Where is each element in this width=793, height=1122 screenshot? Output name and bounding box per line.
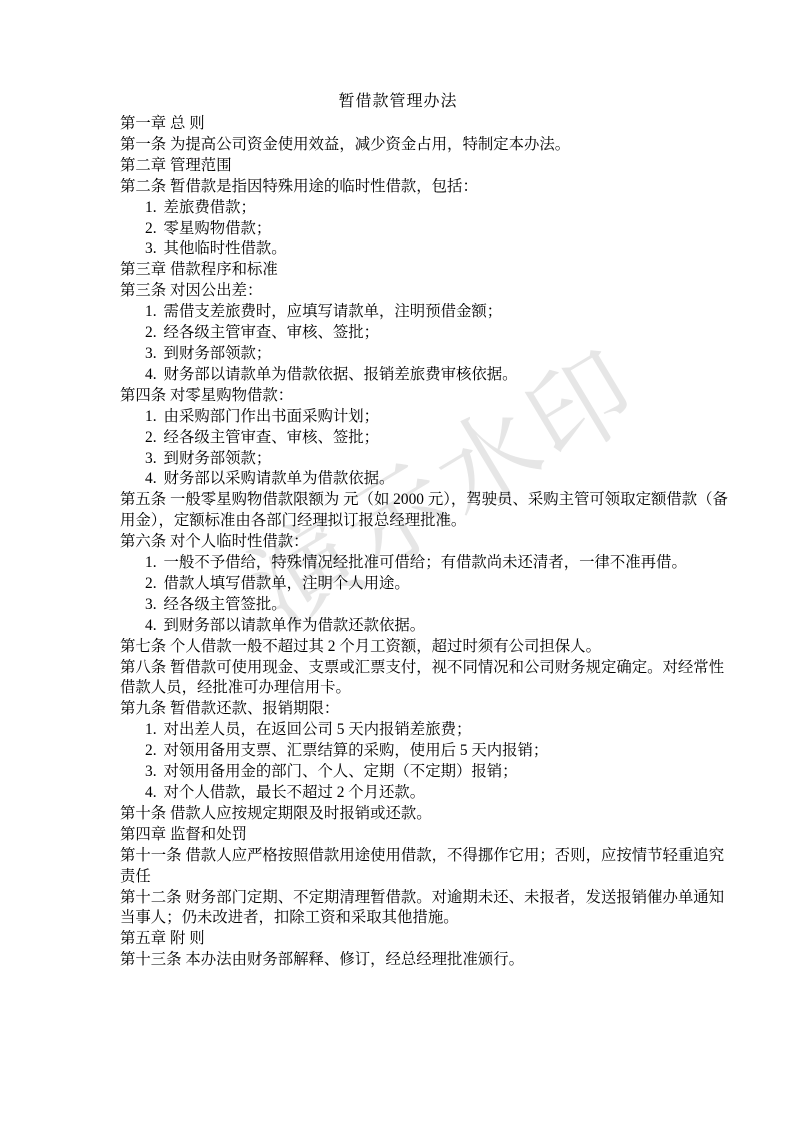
- list-item: 2.对领用备用支票、汇票结算的采购，使用后 5 天内报销；: [120, 741, 676, 762]
- chapter-heading: 第三章 借款程序和标准: [120, 260, 676, 281]
- document-line: 第九条 暂借款还款、报销期限：: [120, 699, 676, 720]
- list-item: 4.财务部以请款单为借款依据、报销差旅费审核依据。: [120, 365, 676, 386]
- document-line: 借款人员，经批准可办理信用卡。: [120, 678, 676, 699]
- document-line: 用金），定额标准由各部门经理拟订报总经理批准。: [120, 511, 676, 532]
- list-item-number: 4.: [145, 365, 157, 386]
- list-item-number: 1.: [145, 720, 157, 741]
- list-item-text: 由采购部门作出书面采购计划；: [164, 408, 379, 425]
- list-item-text: 差旅费借款；: [164, 199, 256, 216]
- list-item-text: 财务部以请款单为借款依据、报销差旅费审核依据。: [164, 366, 518, 383]
- list-item-number: 4.: [145, 616, 157, 637]
- list-item-number: 1.: [145, 302, 157, 323]
- list-item-number: 3.: [145, 595, 157, 616]
- document-line: 当事人；仍未改进者，扣除工资和采取其他措施。: [120, 908, 676, 929]
- chapter-heading: 第四章 监督和处罚: [120, 825, 676, 846]
- list-item: 2.零星购物借款；: [120, 219, 676, 240]
- document-line: 第二条 暂借款是指因特殊用途的临时性借款，包括：: [120, 177, 676, 198]
- list-item-number: 4.: [145, 783, 157, 804]
- list-item-number: 1.: [145, 198, 157, 219]
- document-line: 第十三条 本办法由财务部解释、修订，经总经理批准颁行。: [120, 950, 676, 971]
- list-item-text: 对领用备用支票、汇票结算的采购，使用后 5 天内报销；: [164, 742, 549, 759]
- list-item: 3.经各级主管签批。: [120, 595, 676, 616]
- document-line: 第十二条 财务部门定期、不定期清理暂借款。对逾期未还、未报者，发送报销催办单通知: [120, 888, 676, 909]
- list-item-text: 经各级主管签批。: [164, 596, 287, 613]
- list-item: 4.到财务部以请款单作为借款还款依据。: [120, 616, 676, 637]
- list-item-text: 到财务部领款；: [164, 345, 272, 362]
- list-item: 3.到财务部领款；: [120, 344, 676, 365]
- list-item-number: 2.: [145, 574, 157, 595]
- list-item: 4.对个人借款，最长不超过 2 个月还款。: [120, 783, 676, 804]
- list-item: 3.对领用备用金的部门、个人、定期（不定期）报销；: [120, 762, 676, 783]
- document-line: 第一条 为提高公司资金使用效益，减少资金占用，特制定本办法。: [120, 135, 676, 156]
- document-line: 第三条 对因公出差：: [120, 281, 676, 302]
- list-item-text: 借款人填写借款单，注明个人用途。: [164, 575, 410, 592]
- list-item-number: 1.: [145, 407, 157, 428]
- list-item: 3.到财务部领款；: [120, 449, 676, 470]
- list-item: 3.其他临时性借款。: [120, 239, 676, 260]
- list-item: 1.差旅费借款；: [120, 198, 676, 219]
- list-item-number: 3.: [145, 762, 157, 783]
- list-item-text: 一般不予借给，特殊情况经批准可借给；有借款尚未还清者，一律不准再借。: [164, 554, 687, 571]
- document-line: 责任: [120, 867, 676, 888]
- document-line: 第十条 借款人应按规定期限及时报销或还款。: [120, 804, 676, 825]
- list-item-text: 其他临时性借款。: [164, 240, 287, 257]
- document-line: 第八条 暂借款可使用现金、支票或汇票支付，视不同情况和公司财务规定确定。对经常性: [120, 658, 676, 679]
- list-item: 1.由采购部门作出书面采购计划；: [120, 407, 676, 428]
- list-item: 4.财务部以采购请款单为借款依据。: [120, 469, 676, 490]
- list-item-number: 2.: [145, 219, 157, 240]
- list-item-text: 到财务部以请款单作为借款还款依据。: [164, 617, 426, 634]
- list-item-number: 3.: [145, 239, 157, 260]
- document-line: 第七条 个人借款一般不超过其 2 个月工资额，超过时须有公司担保人。: [120, 637, 676, 658]
- chapter-heading: 第二章 管理范围: [120, 156, 676, 177]
- chapter-heading: 第一章 总 则: [120, 114, 676, 135]
- document-line: 第十一条 借款人应严格按照借款用途使用借款，不得挪作它用；否则，应按情节轻重追究: [120, 846, 676, 867]
- list-item-text: 零星购物借款；: [164, 220, 272, 237]
- document-line: 第五条 一般零星购物借款限额为 元（如 2000 元），驾驶员、采购主管可领取定…: [120, 490, 676, 511]
- list-item-text: 对领用备用金的部门、个人、定期（不定期）报销；: [164, 763, 518, 780]
- document-body: 第一章 总 则第一条 为提高公司资金使用效益，减少资金占用，特制定本办法。第二章…: [120, 114, 676, 971]
- chapter-heading: 第五章 附 则: [120, 929, 676, 950]
- document-page: 演示水印 暂借款管理办法 第一章 总 则第一条 为提高公司资金使用效益，减少资金…: [0, 0, 793, 1122]
- list-item-number: 4.: [145, 469, 157, 490]
- document-line: 第四条 对零星购物借款：: [120, 386, 676, 407]
- list-item-text: 经各级主管审查、审核、签批；: [164, 429, 379, 446]
- list-item: 1.一般不予借给，特殊情况经批准可借给；有借款尚未还清者，一律不准再借。: [120, 553, 676, 574]
- document-line: 第六条 对个人临时性借款：: [120, 532, 676, 553]
- list-item-text: 财务部以采购请款单为借款依据。: [164, 470, 395, 487]
- list-item: 1.对出差人员，在返回公司 5 天内报销差旅费；: [120, 720, 676, 741]
- document-title: 暂借款管理办法: [120, 91, 676, 113]
- list-item-text: 经各级主管审查、审核、签批；: [164, 324, 379, 341]
- list-item: 2.借款人填写借款单，注明个人用途。: [120, 574, 676, 595]
- list-item-number: 3.: [145, 449, 157, 470]
- list-item-text: 需借支差旅费时，应填写请款单，注明预借金额；: [164, 303, 503, 320]
- list-item-number: 2.: [145, 323, 157, 344]
- list-item-text: 到财务部领款；: [164, 450, 272, 467]
- list-item-number: 2.: [145, 428, 157, 449]
- list-item-number: 3.: [145, 344, 157, 365]
- document-content: 暂借款管理办法 第一章 总 则第一条 为提高公司资金使用效益，减少资金占用，特制…: [0, 0, 793, 971]
- list-item-text: 对个人借款，最长不超过 2 个月还款。: [164, 784, 426, 801]
- list-item-number: 1.: [145, 553, 157, 574]
- list-item: 2.经各级主管审查、审核、签批；: [120, 323, 676, 344]
- list-item-text: 对出差人员，在返回公司 5 天内报销差旅费；: [164, 721, 472, 738]
- list-item: 2.经各级主管审查、审核、签批；: [120, 428, 676, 449]
- list-item: 1.需借支差旅费时，应填写请款单，注明预借金额；: [120, 302, 676, 323]
- list-item-number: 2.: [145, 741, 157, 762]
